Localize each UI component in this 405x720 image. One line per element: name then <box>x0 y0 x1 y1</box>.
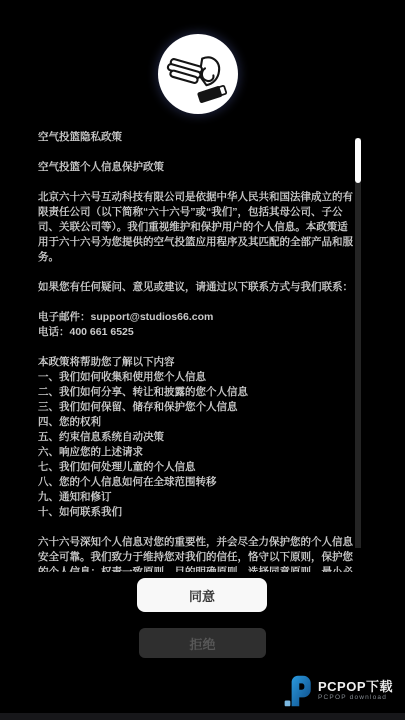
toc-item: 一、我们如何收集和使用您个人信息 <box>38 370 358 385</box>
toc-item: 五、约束信息系统自动决策 <box>38 430 358 445</box>
policy-intro-paragraph: 北京六十六号互动科技有限公司是依据中华人民共和国法律成立的有限责任公司（以下简称… <box>38 190 358 265</box>
scrollbar-track[interactable] <box>355 138 361 548</box>
policy-toc: 一、我们如何收集和使用您个人信息 二、我们如何分享、转让和披露的您个人信息 三、… <box>38 370 358 520</box>
privacy-policy-screen: 空气投篮隐私政策 空气投篮个人信息保护政策 北京六十六号互动科技有限公司是依据中… <box>0 0 405 720</box>
toc-item: 七、我们如何处理儿童的个人信息 <box>38 460 358 475</box>
phone-line: 电话：400 661 6525 <box>38 325 358 340</box>
policy-subtitle: 空气投篮个人信息保护政策 <box>38 160 358 175</box>
app-logo <box>158 34 238 114</box>
pcpop-logo-icon <box>284 674 312 708</box>
toc-item: 九、通知和修订 <box>38 490 358 505</box>
scrollbar-thumb[interactable] <box>355 138 361 183</box>
snap-hand-icon <box>163 39 233 109</box>
toc-item: 二、我们如何分享、转让和披露的您个人信息 <box>38 385 358 400</box>
watermark-brand: PCPOP下载 <box>318 680 393 693</box>
policy-text-area[interactable]: 空气投篮隐私政策 空气投篮个人信息保护政策 北京六十六号互动科技有限公司是依据中… <box>38 130 358 572</box>
toc-item: 十、如何联系我们 <box>38 505 358 520</box>
bottom-strip <box>0 713 405 720</box>
agree-button[interactable]: 同意 <box>137 578 267 612</box>
toc-item: 三、我们如何保留、储存和保护您个人信息 <box>38 400 358 415</box>
watermark-texts: PCPOP下载 PCPOP download <box>318 680 393 702</box>
watermark-subtext: PCPOP download <box>318 695 393 702</box>
contact-lead-line: 如果您有任何疑问、意见或建议，请通过以下联系方式与我们联系： <box>38 280 358 295</box>
refuse-button[interactable]: 拒绝 <box>139 628 266 658</box>
toc-item: 八、您的个人信息如何在全球范围转移 <box>38 475 358 490</box>
email-line: 电子邮件：support@studios66.com <box>38 310 358 325</box>
toc-item: 六、响应您的上述请求 <box>38 445 358 460</box>
toc-item: 四、您的权利 <box>38 415 358 430</box>
policy-commitment-paragraph: 六十六号深知个人信息对您的重要性，并会尽全力保护您的个人信息安全可靠。我们致力于… <box>38 535 358 572</box>
policy-title: 空气投篮隐私政策 <box>38 130 358 145</box>
pcpop-watermark: PCPOP下载 PCPOP download <box>284 674 393 708</box>
toc-lead-line: 本政策将帮助您了解以下内容 <box>38 355 358 370</box>
